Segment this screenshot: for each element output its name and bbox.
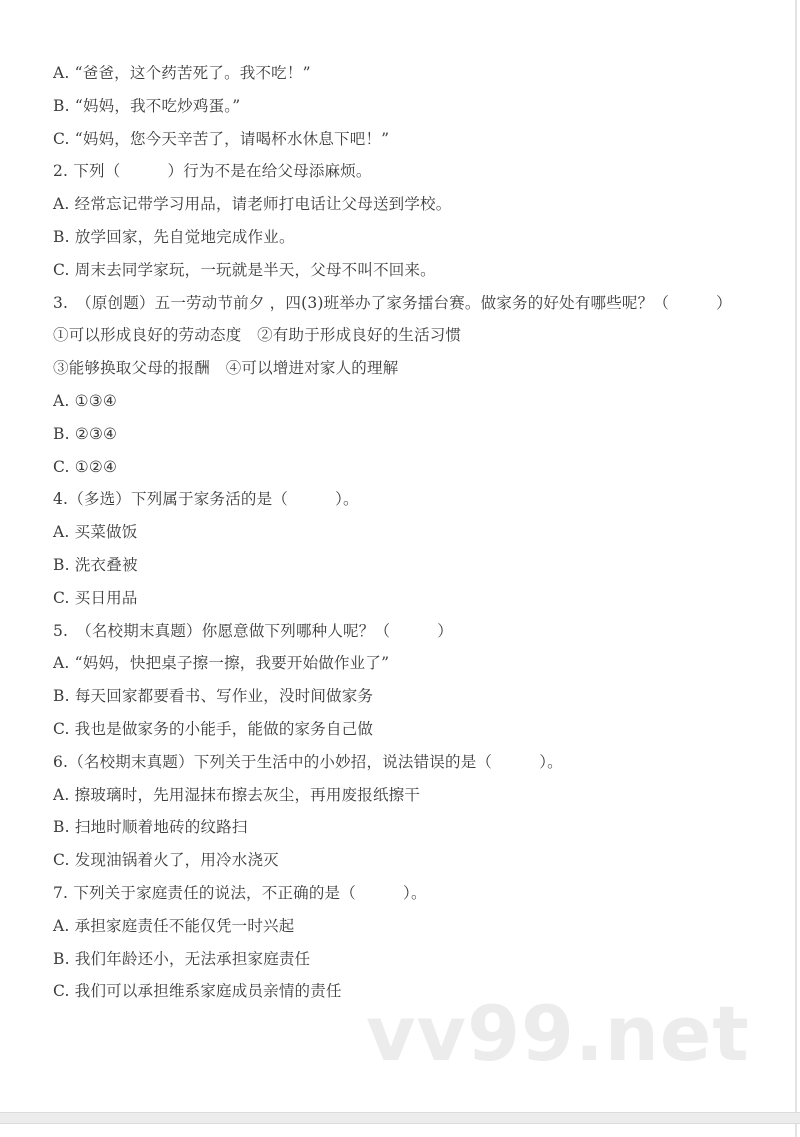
question-2: 2. 下列（ ）行为不是在给父母添麻烦。 <box>53 160 753 193</box>
option-line: C. 买日用品 <box>53 587 753 620</box>
page-separator <box>0 1112 800 1124</box>
option-line: C. ①②④ <box>53 456 753 489</box>
watermark: vv99.net <box>366 996 750 1072</box>
question-5: 5. （名校期末真题）你愿意做下列哪种人呢？（ ） <box>53 620 753 653</box>
question-3: 3. （原创题）五一劳动节前夕 ，四(3)班举办了家务擂台赛。做家务的好处有哪些… <box>53 292 753 325</box>
option-line: B. 扫地时顺着地砖的纹路扫 <box>53 816 753 849</box>
option-line: C. “妈妈，您今天辛苦了，请喝杯水休息下吧！” <box>53 128 753 161</box>
question-list: A. “爸爸，这个药苦死了。我不吃！” B. “妈妈，我不吃炒鸡蛋。” C. “… <box>53 62 753 1013</box>
option-line: A. “妈妈，快把桌子擦一擦，我要开始做作业了” <box>53 652 753 685</box>
option-line: C. 我也是做家务的小能手，能做的家务自己做 <box>53 718 753 751</box>
question-4: 4.（多选）下列属于家务活的是（ ）。 <box>53 488 753 521</box>
option-line: C. 周末去同学家玩，一玩就是半天，父母不叫不回来。 <box>53 259 753 292</box>
option-line: C. 发现油锅着火了，用冷水浇灭 <box>53 849 753 882</box>
question-6: 6.（名校期末真题）下列关于生活中的小妙招，说法错误的是（ ）。 <box>53 751 753 784</box>
option-line: A. 擦玻璃时，先用湿抹布擦去灰尘，再用废报纸擦干 <box>53 784 753 817</box>
option-line: A. ①③④ <box>53 390 753 423</box>
statement-line: ③能够换取父母的报酬 ④可以增进对家人的理解 <box>53 357 753 390</box>
document-page: A. “爸爸，这个药苦死了。我不吃！” B. “妈妈，我不吃炒鸡蛋。” C. “… <box>0 0 797 1112</box>
next-page-edge <box>0 1124 797 1137</box>
option-line: B. 每天回家都要看书、写作业，没时间做家务 <box>53 685 753 718</box>
option-line: B. 放学回家，先自觉地完成作业。 <box>53 226 753 259</box>
option-line: B. ②③④ <box>53 423 753 456</box>
option-line: A. 经常忘记带学习用品，请老师打电话让父母送到学校。 <box>53 193 753 226</box>
option-line: A. 承担家庭责任不能仅凭一时兴起 <box>53 915 753 948</box>
option-line: A. “爸爸，这个药苦死了。我不吃！” <box>53 62 753 95</box>
option-line: B. 我们年龄还小，无法承担家庭责任 <box>53 948 753 981</box>
statement-line: ①可以形成良好的劳动态度 ②有助于形成良好的生活习惯 <box>53 324 753 357</box>
option-line: A. 买菜做饭 <box>53 521 753 554</box>
question-7: 7. 下列关于家庭责任的说法，不正确的是（ ）。 <box>53 882 753 915</box>
option-line: B. 洗衣叠被 <box>53 554 753 587</box>
option-line: B. “妈妈，我不吃炒鸡蛋。” <box>53 95 753 128</box>
